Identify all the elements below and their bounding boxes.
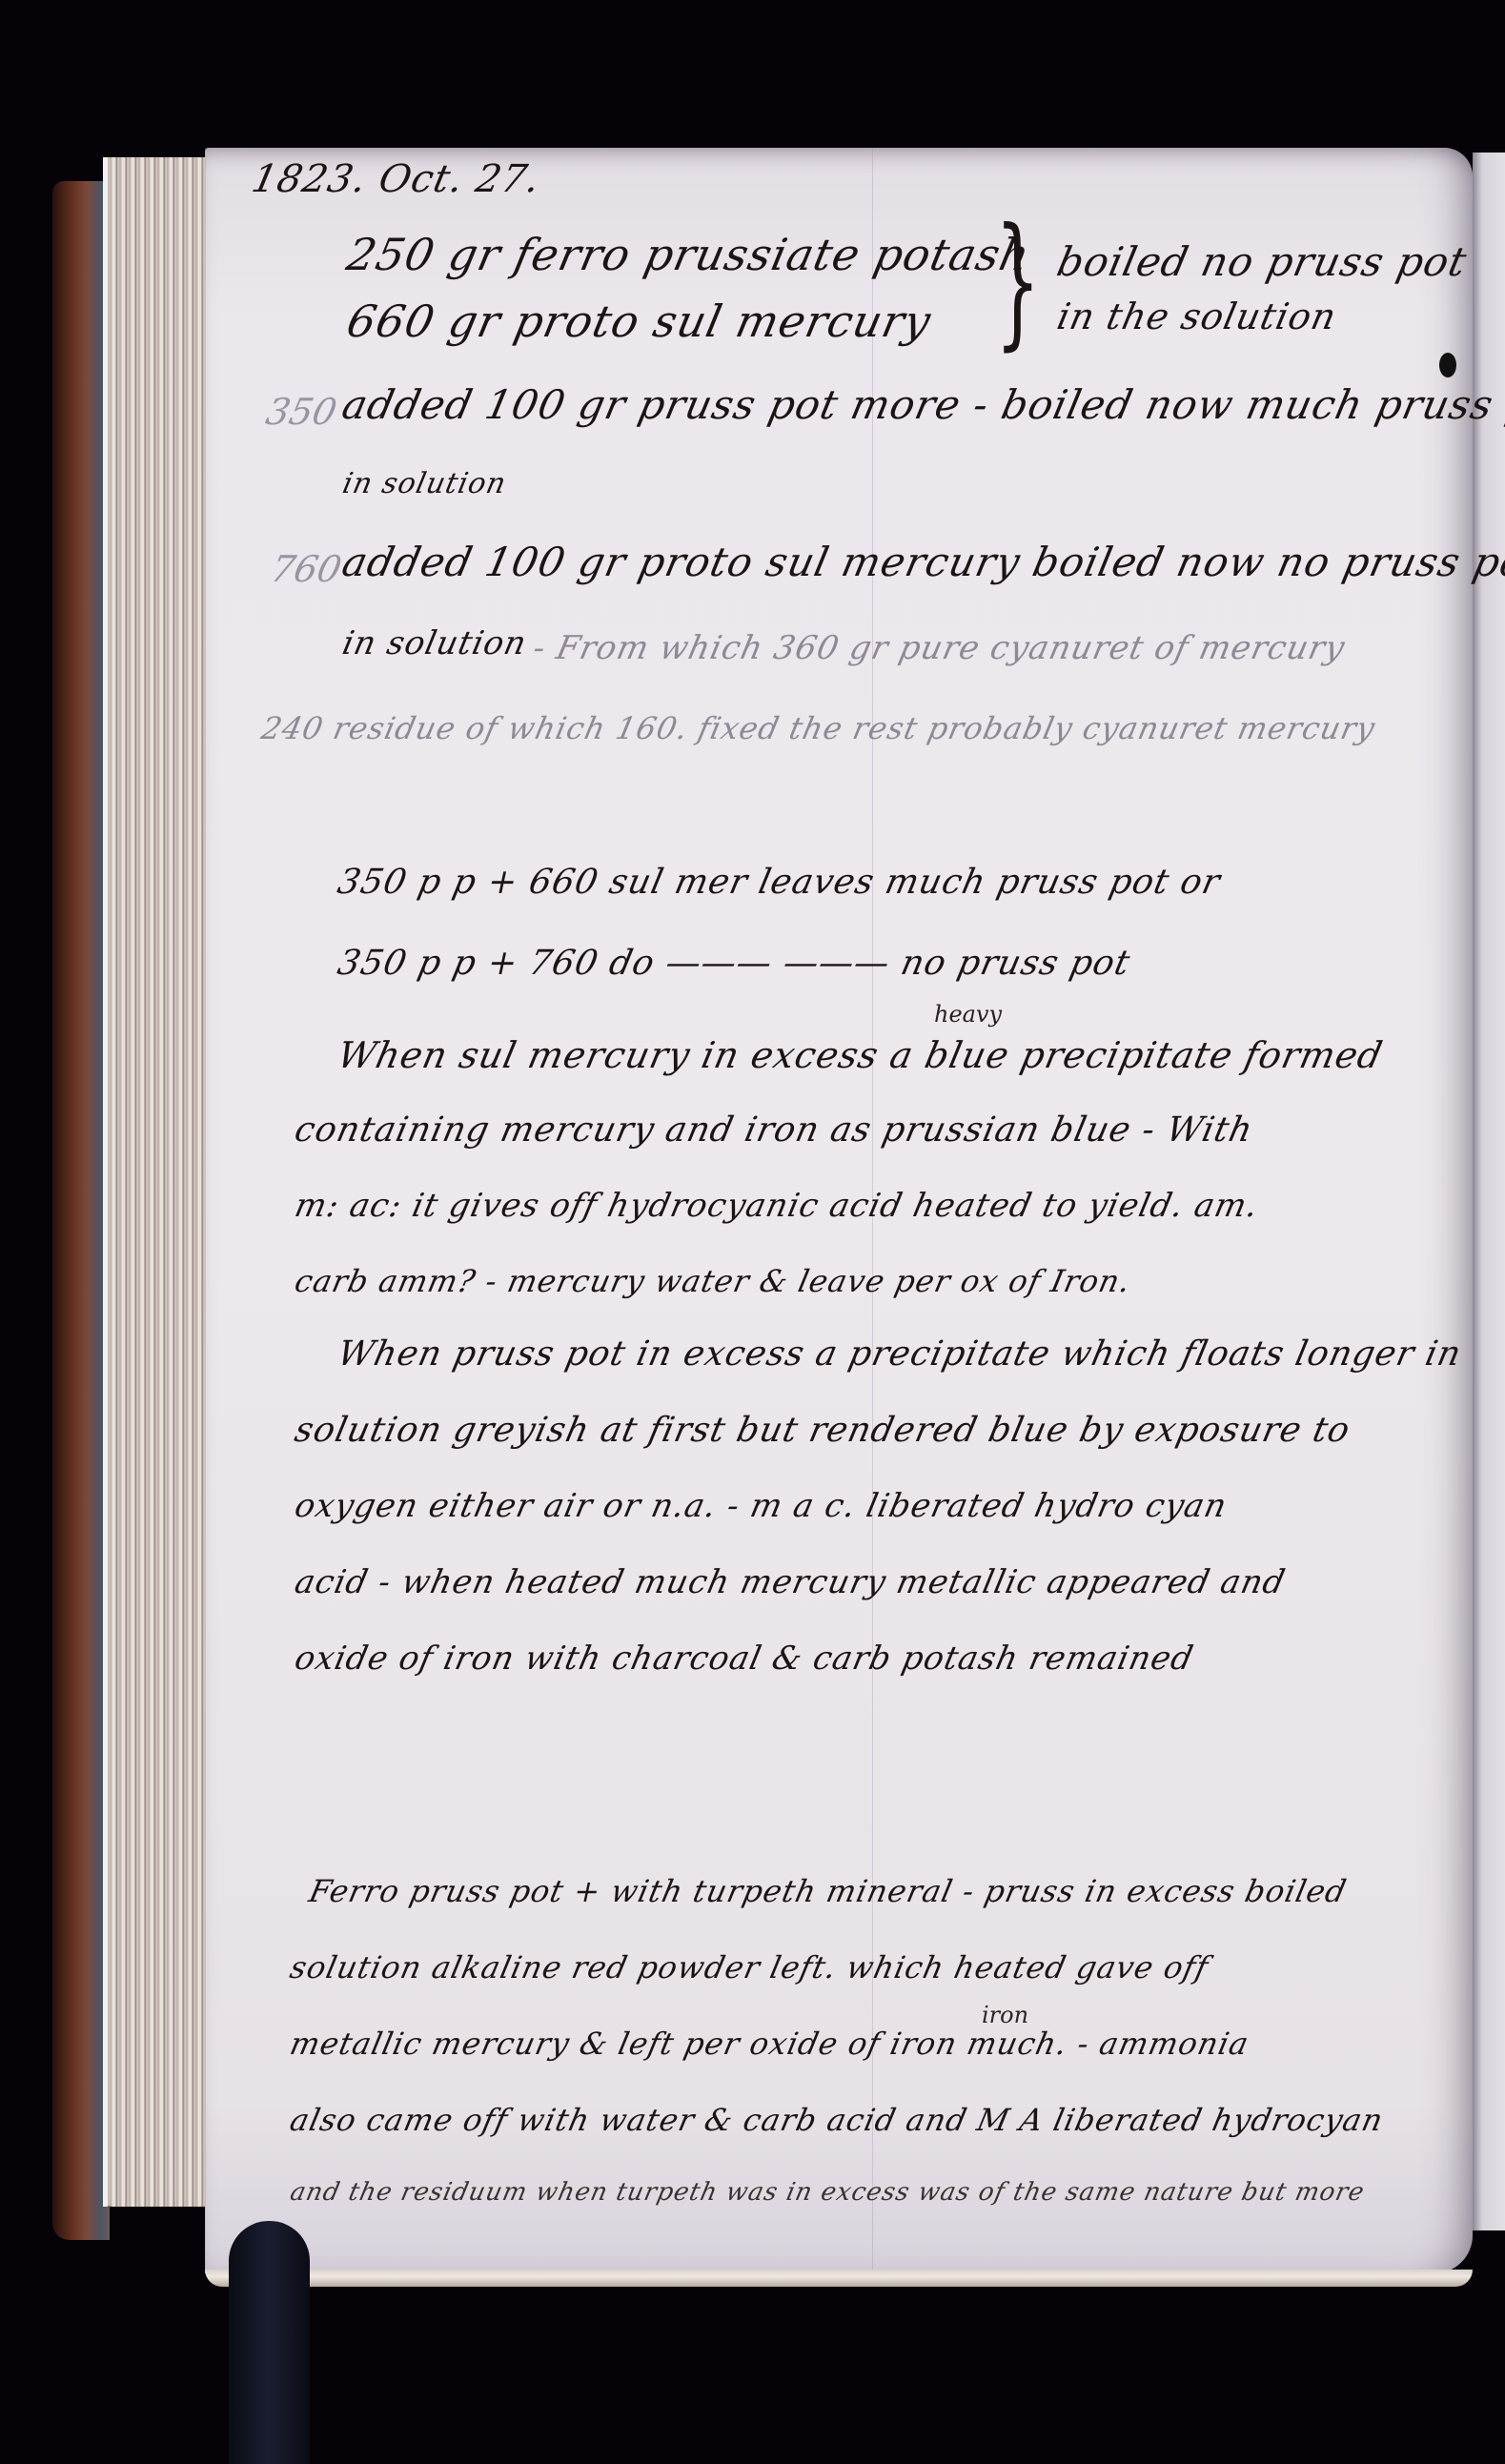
- entry-line-22: also came off with water & carb acid and…: [287, 2102, 1387, 2138]
- entry-line-6a: in solution: [339, 624, 531, 662]
- photo-scene: 1823. Oct. 27. 250 gr ferro prussiate po…: [0, 0, 1505, 2464]
- bracket-note-2: in the solution: [1053, 295, 1340, 337]
- entry-line-7: 240 residue of which 160. fixed the rest…: [258, 710, 1379, 746]
- margin-number-760: 760: [267, 548, 345, 590]
- curly-brace: }: [995, 210, 1041, 353]
- entry-line-1: 250 gr ferro prussiate potash: [342, 229, 1035, 280]
- inserted-word-heavy: heavy: [934, 1001, 1002, 1028]
- date-heading: 1823. Oct. 27.: [248, 157, 544, 201]
- entry-line-17: acid - when heated much mercury metallic…: [292, 1563, 1290, 1601]
- entry-line-23: and the residuum when turpeth was in exc…: [288, 2178, 1368, 2207]
- entry-line-10: When sul mercury in excess a blue precip…: [334, 1034, 1387, 1076]
- entry-line-19: Ferro pruss pot + with turpeth mineral -…: [306, 1873, 1351, 1909]
- leather-book-cover: [52, 181, 110, 2240]
- margin-number-350: 350: [262, 391, 340, 433]
- entry-line-6b: - From which 360 gr pure cyanuret of mer…: [530, 629, 1349, 667]
- facing-page-edge: [1473, 153, 1505, 2230]
- page-edge-stack: [103, 157, 208, 2207]
- entry-line-2: 660 gr proto sul mercury: [342, 295, 936, 347]
- ink-blot: [1439, 353, 1456, 377]
- page-holder-clip: [229, 2221, 310, 2464]
- margin-rule-left: [205, 148, 206, 2273]
- entry-line-13: carb amm? - mercury water & leave per ox…: [292, 1263, 1134, 1299]
- entry-line-20: solution alkaline red powder left. which…: [287, 1949, 1212, 1985]
- entry-line-21: metallic mercury & left per oxide of iro…: [287, 2026, 1252, 2062]
- entry-line-18: oxide of iron with charcoal & carb potas…: [292, 1639, 1197, 1678]
- entry-line-15: solution greyish at first but rendered b…: [292, 1411, 1354, 1450]
- entry-line-16: oxygen either air or n.a. - m a c. liber…: [292, 1487, 1230, 1525]
- entry-line-11: containing mercury and iron as prussian …: [292, 1110, 1257, 1150]
- entry-line-5: added 100 gr proto sul mercury boiled no…: [338, 539, 1505, 585]
- inserted-word-iron: iron: [982, 2002, 1028, 2028]
- entry-line-12: m: ac: it gives off hydrocyanic acid hea…: [292, 1187, 1262, 1225]
- bracket-note-1: boiled no pruss pot: [1053, 238, 1472, 285]
- entry-line-3: added 100 gr pruss pot more - boiled now…: [338, 381, 1505, 428]
- entry-line-4: in solution: [339, 467, 509, 500]
- entry-line-14: When pruss pot in excess a precipitate w…: [335, 1334, 1465, 1374]
- page-edge-highlight: [103, 157, 108, 2207]
- entry-line-8: 350 p p + 660 sul mer leaves much pruss …: [335, 863, 1225, 902]
- entry-line-9: 350 p p + 760 do ——— ——— no pruss pot: [335, 944, 1134, 983]
